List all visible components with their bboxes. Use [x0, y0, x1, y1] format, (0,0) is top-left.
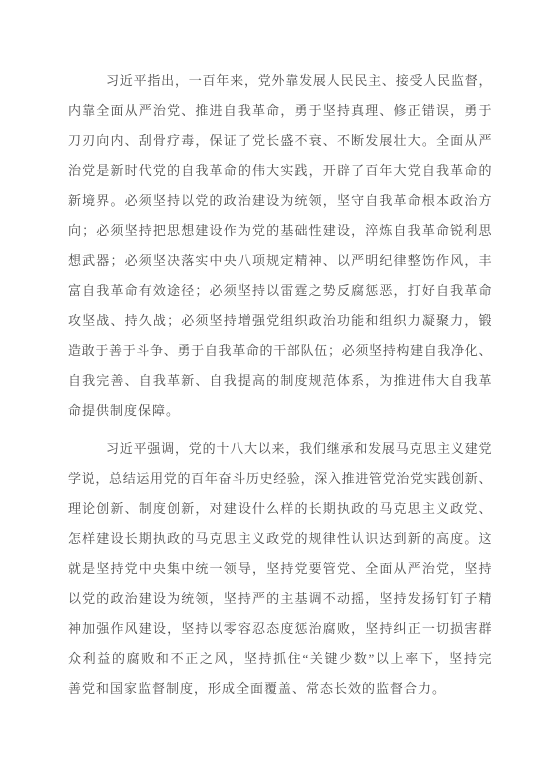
text-line: 神加强作风建设，坚持以零容忍态度惩治腐败，坚持纠正一切损害群 [68, 614, 492, 644]
text-line: 内靠全面从严治党、推进自我革命，勇于坚持真理、修正错误，勇于 [68, 96, 492, 126]
paragraph: 习近平指出，一百年来，党外靠发展人民民主、接受人民监督，内靠全面从严治党、推进自… [68, 66, 492, 426]
text-line: 就是坚持党中央集中统一领导，坚持党要管党、全面从严治党，坚持 [68, 554, 492, 584]
text-line: 理论创新、制度创新，对建设什么样的长期执政的马克思主义政党、 [68, 494, 492, 524]
text-line: 造敢于善于斗争、勇于自我革命的干部队伍；必须坚持构建自我净化、 [68, 336, 492, 366]
text-line: 学说，总结运用党的百年奋斗历史经验，深入推进管党治党实践创新、 [68, 464, 492, 494]
text-line: 怎样建设长期执政的马克思主义政党的规律性认识达到新的高度。这 [68, 524, 492, 554]
text-line: 自我完善、自我革新、自我提高的制度规范体系，为推进伟大自我革 [68, 366, 492, 396]
text-line: 新境界。必须坚持以党的政治建设为统领，坚守自我革命根本政治方 [68, 186, 492, 216]
text-line: 想武器；必须坚决落实中央八项规定精神、以严明纪律整饬作风，丰 [68, 246, 492, 276]
text-line: 习近平指出，一百年来，党外靠发展人民民主、接受人民监督， [68, 66, 492, 96]
text-line: 攻坚战、持久战；必须坚持增强党组织政治功能和组织力凝聚力，锻 [68, 306, 492, 336]
text-line: 向；必须坚持把思想建设作为党的基础性建设，淬炼自我革命锐利思 [68, 216, 492, 246]
document-page: 习近平指出，一百年来，党外靠发展人民民主、接受人民监督，内靠全面从严治党、推进自… [0, 0, 558, 772]
text-line: 刀刃向内、刮骨疗毒，保证了党长盛不衰、不断发展壮大。全面从严 [68, 126, 492, 156]
text-line: 众利益的腐败和不正之风，坚持抓住“关键少数”以上率下，坚持完 [68, 644, 492, 674]
article-text: 习近平指出，一百年来，党外靠发展人民民主、接受人民监督，内靠全面从严治党、推进自… [68, 66, 492, 704]
text-line: 习近平强调，党的十八大以来，我们继承和发展马克思主义建党 [68, 434, 492, 464]
text-line: 以党的政治建设为统领，坚持严的主基调不动摇，坚持发扬钉钉子精 [68, 584, 492, 614]
text-line: 富自我革命有效途径；必须坚持以雷霆之势反腐惩恶，打好自我革命 [68, 276, 492, 306]
text-line: 善党和国家监督制度，形成全面覆盖、常态长效的监督合力。 [68, 674, 492, 704]
text-line: 命提供制度保障。 [68, 396, 492, 426]
paragraph: 习近平强调，党的十八大以来，我们继承和发展马克思主义建党学说，总结运用党的百年奋… [68, 434, 492, 704]
text-line: 治党是新时代党的自我革命的伟大实践，开辟了百年大党自我革命的 [68, 156, 492, 186]
